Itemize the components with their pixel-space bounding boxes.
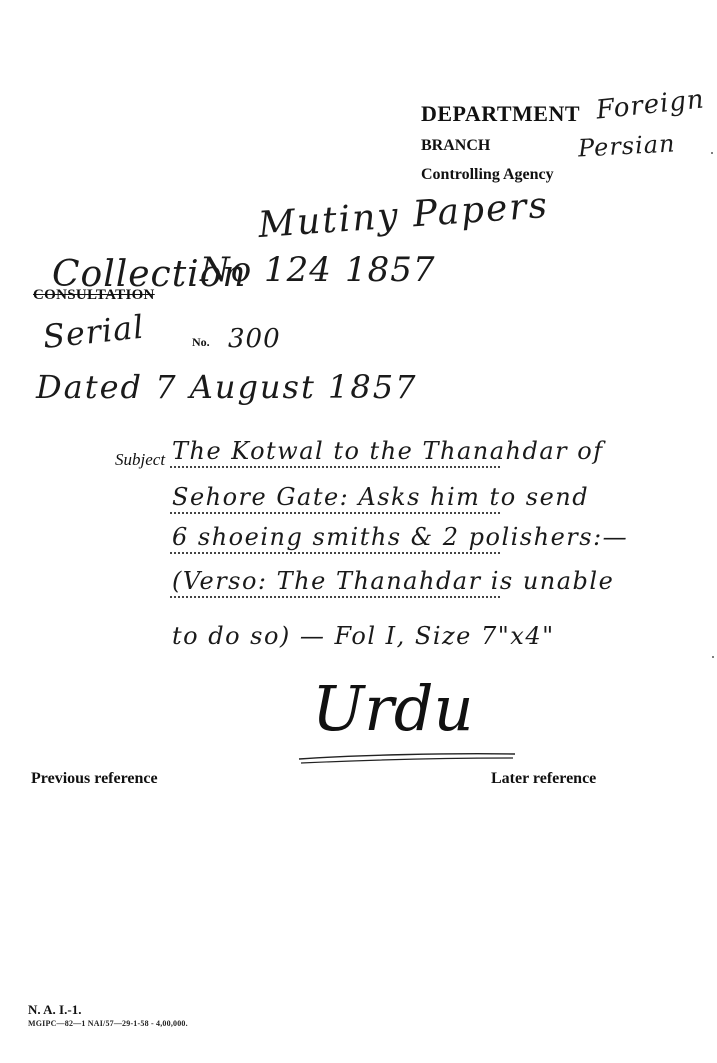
scan-speck <box>712 656 714 658</box>
collection-title: Mutiny Papers <box>257 185 550 246</box>
serial-no-label: No. <box>192 335 210 350</box>
language-underline-flourish <box>297 752 517 766</box>
branch-label: BRANCH <box>421 137 490 155</box>
print-info: MGIPC—82—1 NAI/57—29-1-58 - 4,00,000. <box>28 1019 188 1028</box>
department-value: Foreign <box>595 84 706 125</box>
subject-line: The Kotwal to the Thanahdar of <box>170 432 500 468</box>
collection-number: No 124 <box>200 250 332 290</box>
branch-value: Persian <box>577 129 676 162</box>
serial-number-value: 300 <box>228 324 281 354</box>
subject-line-text: The Kotwal to the Thanahdar of <box>172 437 604 465</box>
scan-speck <box>711 152 713 154</box>
subject-line-text: Sehore Gate: Asks him to send <box>172 483 589 511</box>
subject-label: Subject <box>115 450 165 470</box>
later-reference-label: Later reference <box>491 770 596 788</box>
subject-line: to do so) — Fol I, Size 7"x4" <box>170 617 710 651</box>
department-label: DEPARTMENT <box>421 101 580 127</box>
subject-line: 6 shoeing smiths & 2 polishers:— <box>170 518 500 554</box>
dated-entry: Dated 7 August 1857 <box>36 368 417 406</box>
controlling-agency-label: Controlling Agency <box>421 166 554 184</box>
subject-line-text: to do so) — Fol I, Size 7"x4" <box>172 622 555 650</box>
language-value: Urdu <box>312 672 474 745</box>
subject-line-text: 6 shoeing smiths & 2 polishers:— <box>172 523 628 551</box>
subject-line: Sehore Gate: Asks him to send <box>170 478 500 514</box>
subject-line-text: (Verso: The Thanahdar is unable <box>172 567 614 595</box>
previous-reference-label: Previous reference <box>31 770 158 788</box>
subject-line: (Verso: The Thanahdar is unable <box>170 562 500 598</box>
serial-handwritten-label: Serial <box>41 308 146 356</box>
collection-year: 1857 <box>345 250 436 290</box>
consultation-label: CONSULTATION <box>33 287 155 304</box>
form-code: N. A. I.-1. <box>28 1002 81 1018</box>
